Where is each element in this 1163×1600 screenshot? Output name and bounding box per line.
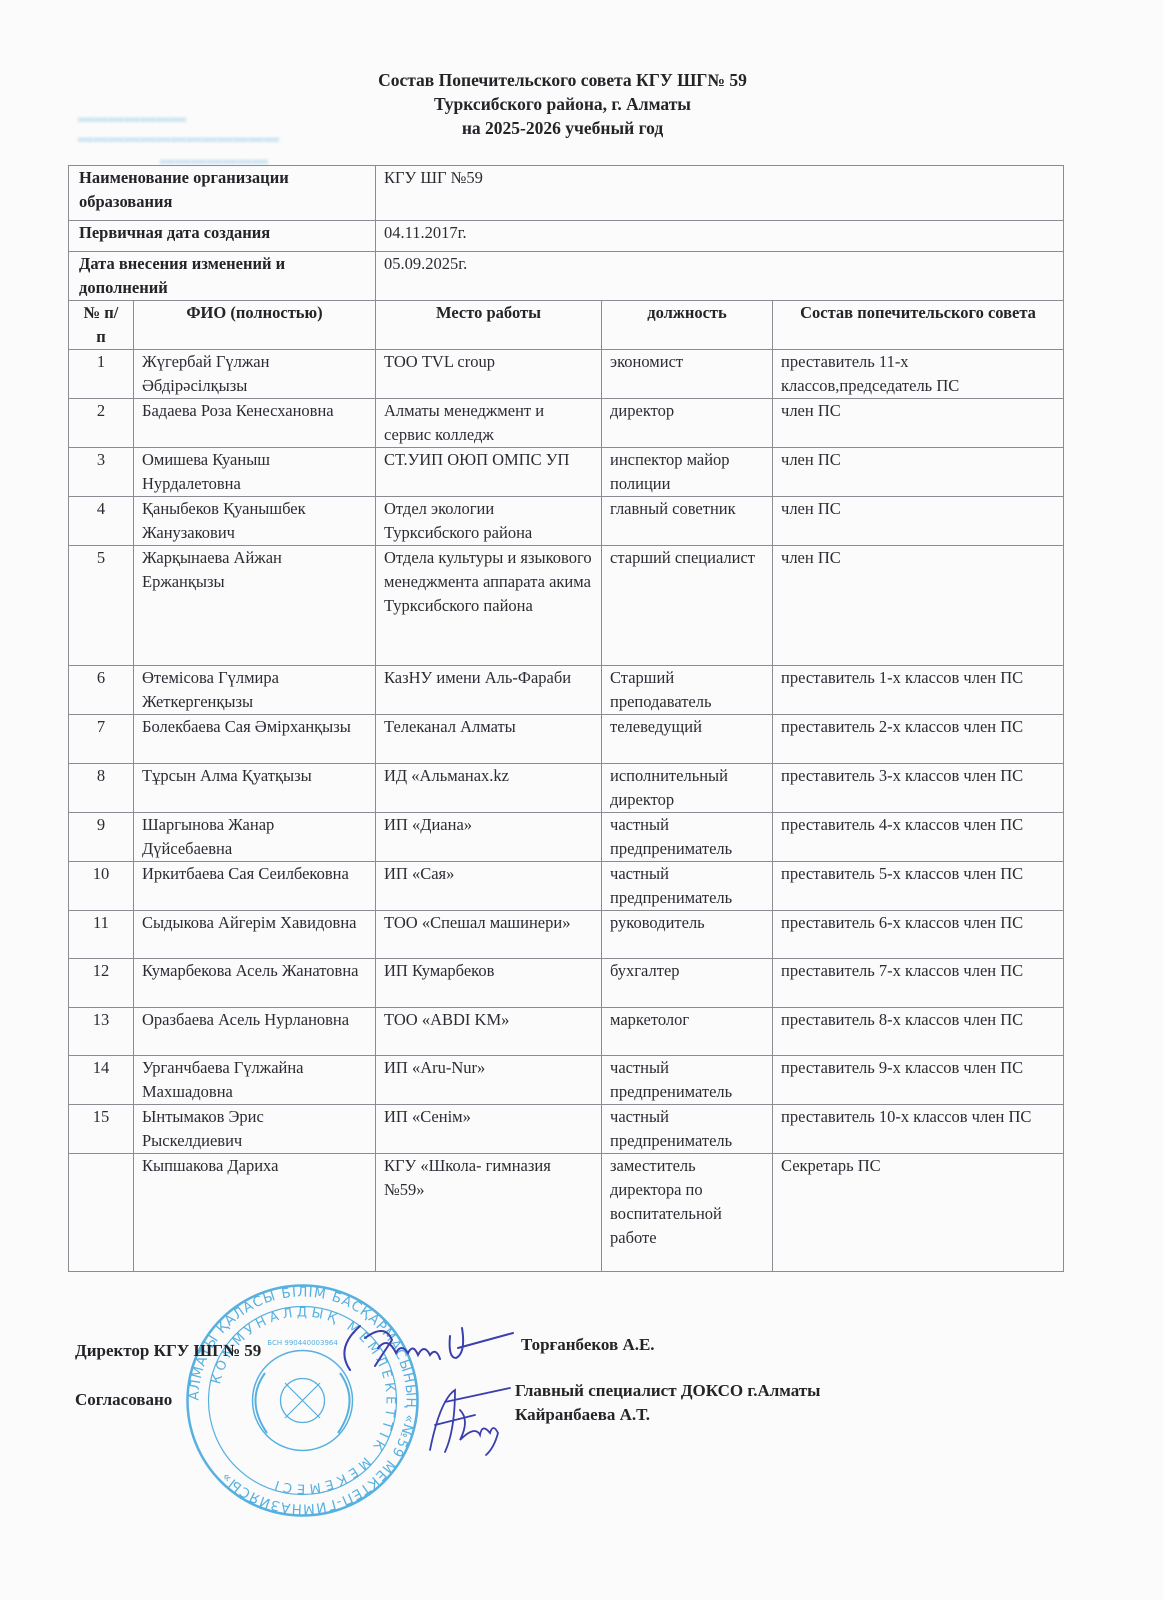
member-workplace: КГУ «Школа- гимназия №59» [376,1154,602,1272]
member-position: частный предпрениматель [602,861,773,910]
member-row: 8Тұрсын Алма Қуатқызы ИД «Альманах.kzисп… [69,763,1064,812]
title-line-3: на 2025-2026 учебный год [0,116,1125,140]
member-council-role: Секретарь ПС [773,1154,1064,1272]
member-number: 11 [69,910,134,959]
member-workplace: ТОО TVL croup [376,350,602,399]
info-row-creation-date: Первичная дата создания 04.11.2017г. [69,221,1064,252]
member-name: Тұрсын Алма Қуатқызы [134,763,376,812]
member-workplace: ИП «Диана» [376,812,602,861]
member-row: 10Иркитбаева Сая СеилбековнаИП «Сая»част… [69,861,1064,910]
director-name: Торғанбеков А.Е. [521,1335,655,1355]
member-council-role: преставитель 10-х классов член ПС [773,1105,1064,1154]
agreed-name: Кайранбаева А.Т. [515,1405,650,1425]
member-council-role: преставитель 3-х классов член ПС [773,763,1064,812]
member-position: заместитель директора по воспитательной … [602,1154,773,1272]
member-workplace: СТ.УИП ОЮП ОМПС УП [376,448,602,497]
member-council-role: член ПС [773,399,1064,448]
column-header-position: должность [602,301,773,350]
director-signature [330,1318,515,1378]
member-workplace: Отдел экологии Турксибского района [376,497,602,546]
member-number: 7 [69,715,134,764]
member-row: 7Болекбаева Сая ӘмірханқызыТелеканал Алм… [69,715,1064,764]
member-position: Старший преподаватель [602,666,773,715]
info-label: Первичная дата создания [69,221,376,252]
member-row: 6Өтемісова Гүлмира ЖеткергенқызыКазНУ им… [69,666,1064,715]
column-header-number: № п/п [69,301,134,350]
info-value: 04.11.2017г. [376,221,1064,252]
member-council-role: член ПС [773,546,1064,666]
member-name: Кумарбекова Асель Жанатовна [134,959,376,1008]
member-row: 1Жүгербай Гүлжан ӘбдірәсілқызыТОО TVL cr… [69,350,1064,399]
agreed-signature [415,1380,515,1460]
council-table: Наименование организации образования КГУ… [68,165,1064,1272]
member-position: частный предпрениматель [602,812,773,861]
member-name: Ынтымаков Эрис Рыскелдиевич [134,1105,376,1154]
member-workplace: КазНУ имени Аль-Фараби [376,666,602,715]
member-number: 6 [69,666,134,715]
member-name: Кыпшакова Дариха [134,1154,376,1272]
member-name: Сыдыкова Айгерім Хавидовна [134,910,376,959]
member-workplace: ИП «Сая» [376,861,602,910]
agreed-title: Главный специалист ДОКСО г.Алматы [515,1381,820,1401]
column-header-workplace: Место работы [376,301,602,350]
member-name: Омишева Куаныш Нурдалетовна [134,448,376,497]
member-council-role: преставитель 11-х классов,председатель П… [773,350,1064,399]
member-workplace: ИП Кумарбеков [376,959,602,1008]
member-row: Кыпшакова ДарихаКГУ «Школа- гимназия №59… [69,1154,1064,1272]
column-header-row: № п/п ФИО (полностью) Место работы должн… [69,301,1064,350]
member-council-role: преставитель 8-х классов член ПС [773,1007,1064,1056]
member-council-role: член ПС [773,497,1064,546]
info-row-change-date: Дата внесения изменений и дополнений 05.… [69,252,1064,301]
column-header-council-role: Состав попечительского совета [773,301,1064,350]
member-position: экономист [602,350,773,399]
member-council-role: преставитель 9-х классов член ПС [773,1056,1064,1105]
member-number: 14 [69,1056,134,1105]
member-position: бухгалтер [602,959,773,1008]
document-title: Состав Попечительского совета КГУ ШГ№ 59… [0,68,1125,140]
member-position: маркетолог [602,1007,773,1056]
member-name: Қаныбеков Қуанышбек Жанузакович [134,497,376,546]
title-line-2: Туркси­бского района, г. Алматы [0,92,1125,116]
member-name: Болекбаева Сая Әмірханқызы [134,715,376,764]
member-number: 1 [69,350,134,399]
stamp-bin: БСН 990440003964 [267,1339,338,1347]
member-row: 2Бадаева Роза КенесхановнаАлматы менеджм… [69,399,1064,448]
member-row: 14Урганчбаева Гүлжайна МахшадовнаИП «Aru… [69,1056,1064,1105]
member-row: 13Оразбаева Асель НурлановнаТОО «ABDI KM… [69,1007,1064,1056]
member-council-role: преставитель 6-х классов член ПС [773,910,1064,959]
member-workplace: ТОО «Спешал машинери» [376,910,602,959]
member-position: телеведущий [602,715,773,764]
member-position: главный советник [602,497,773,546]
member-position: частный предпрениматель [602,1105,773,1154]
info-row-organization: Наименование организации образования КГУ… [69,166,1064,221]
member-workplace: ИП «Сенім» [376,1105,602,1154]
member-number: 2 [69,399,134,448]
member-number [69,1154,134,1272]
member-row: 3Омишева Куаныш НурдалетовнаСТ.УИП ОЮП О… [69,448,1064,497]
info-value: КГУ ШГ №59 [376,166,1064,221]
member-number: 12 [69,959,134,1008]
member-name: Шаргынова Жанар Дүйсебаевна [134,812,376,861]
member-number: 15 [69,1105,134,1154]
member-council-role: преставитель 2-х классов член ПС [773,715,1064,764]
member-number: 4 [69,497,134,546]
title-line-1: Состав Попечительского совета КГУ ШГ№ 59 [0,68,1125,92]
member-name: Өтемісова Гүлмира Жеткергенқызы [134,666,376,715]
director-label: Директор КГУ ШГ№ 59 [75,1341,261,1361]
member-name: Иркитбаева Сая Сеилбековна [134,861,376,910]
member-workplace: Отдела культуры и языкового менеджмента … [376,546,602,666]
member-position: старший специалист [602,546,773,666]
member-name: Бадаева Роза Кенесхановна [134,399,376,448]
member-name: Урганчбаева Гүлжайна Махшадовна [134,1056,376,1105]
member-workplace: ТОО «ABDI KM» [376,1007,602,1056]
member-council-role: преставитель 1-х классов член ПС [773,666,1064,715]
info-label: Дата внесения изменений и дополнений [69,252,376,301]
member-workplace: ИД «Альманах.kz [376,763,602,812]
member-row: 4Қаныбеков Қуанышбек ЖанузаковичОтдел эк… [69,497,1064,546]
member-position: исполнительный директор [602,763,773,812]
member-row: 11Сыдыкова Айгерім ХавидовнаТОО «Спешал … [69,910,1064,959]
member-council-role: преставитель 5-х классов член ПС [773,861,1064,910]
member-row: 5Жарқынаева Айжан ЕржанқызыОтдела культу… [69,546,1064,666]
member-number: 8 [69,763,134,812]
member-position: инспектор майор полиции [602,448,773,497]
member-number: 9 [69,812,134,861]
column-header-name: ФИО (полностью) [134,301,376,350]
member-number: 10 [69,861,134,910]
member-council-role: член ПС [773,448,1064,497]
member-council-role: преставитель 7-х классов член ПС [773,959,1064,1008]
member-number: 3 [69,448,134,497]
member-name: Жүгербай Гүлжан Әбдірәсілқызы [134,350,376,399]
member-council-role: преставитель 4-х классов член ПС [773,812,1064,861]
info-label: Наименование организации образования [69,166,376,221]
member-name: Оразбаева Асель Нурлановна [134,1007,376,1056]
member-workplace: Телеканал Алматы [376,715,602,764]
member-number: 13 [69,1007,134,1056]
agreed-label: Согласовано [75,1390,172,1410]
member-workplace: Алматы менеджмент и сервис колледж [376,399,602,448]
member-row: 12Кумарбекова Асель ЖанатовнаИП Кумарбек… [69,959,1064,1008]
member-workplace: ИП «Aru-Nur» [376,1056,602,1105]
member-name: Жарқынаева Айжан Ержанқызы [134,546,376,666]
member-row: 9Шаргынова Жанар ДүйсебаевнаИП «Диана»ча… [69,812,1064,861]
member-position: руководитель [602,910,773,959]
member-row: 15Ынтымаков Эрис РыскелдиевичИП «Сенім»ч… [69,1105,1064,1154]
member-number: 5 [69,546,134,666]
member-position: директор [602,399,773,448]
info-value: 05.09.2025г. [376,252,1064,301]
member-position: частный предпрениматель [602,1056,773,1105]
